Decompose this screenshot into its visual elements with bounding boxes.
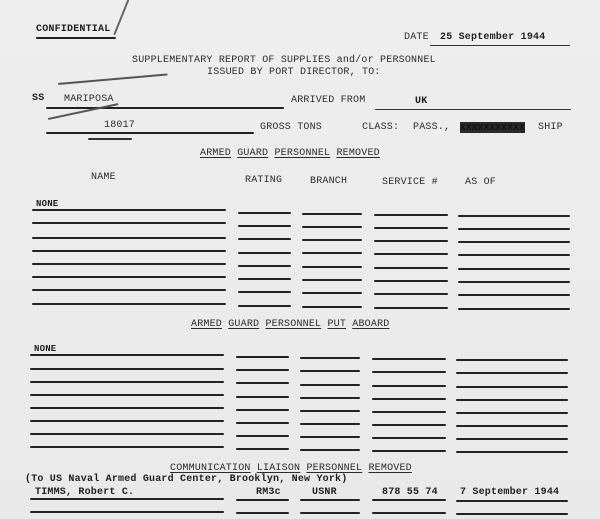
col-header-as-of: AS OF bbox=[465, 177, 496, 188]
pencil-mark bbox=[88, 138, 132, 140]
row-line bbox=[302, 252, 362, 254]
heading-word: ARMED bbox=[191, 319, 222, 330]
row-line bbox=[458, 215, 570, 217]
arrived-from-underline bbox=[375, 109, 571, 110]
row-line bbox=[30, 354, 224, 356]
removed-first-entry: NONE bbox=[36, 199, 58, 209]
ship-name: MARIPOSA bbox=[64, 94, 114, 105]
row-line bbox=[32, 263, 226, 265]
row-line bbox=[300, 423, 360, 425]
pencil-mark bbox=[58, 73, 168, 85]
date-value: 25 September 1944 bbox=[440, 32, 545, 43]
heading-word: ARMED bbox=[200, 148, 231, 159]
date-label: DATE bbox=[404, 32, 429, 43]
row-line bbox=[300, 436, 360, 438]
heading-word: GUARD bbox=[237, 148, 268, 159]
row-line bbox=[236, 396, 289, 398]
row-line bbox=[456, 399, 568, 401]
row-line bbox=[30, 368, 224, 370]
pencil-mark bbox=[113, 0, 129, 35]
gross-tons-value: 18017 bbox=[104, 120, 135, 131]
row-line bbox=[238, 252, 291, 254]
row-line bbox=[32, 289, 226, 291]
heading-word: PERSONNEL bbox=[274, 148, 330, 159]
comm-name: TIMMS, Robert C. bbox=[35, 487, 134, 498]
row-line bbox=[456, 425, 568, 427]
row-line bbox=[302, 226, 362, 228]
heading-word: ABOARD bbox=[352, 319, 389, 330]
row-line bbox=[456, 451, 568, 453]
section-put-aboard-title: ARMED GUARD PERSONNEL PUT ABOARD bbox=[191, 319, 389, 330]
row-line bbox=[456, 359, 568, 361]
row-line bbox=[374, 214, 448, 216]
pencil-mark bbox=[48, 103, 119, 120]
row-line bbox=[238, 238, 291, 240]
heading-word: GUARD bbox=[228, 319, 259, 330]
row-line bbox=[374, 253, 448, 255]
row-line bbox=[236, 435, 289, 437]
report-title-line2: ISSUED BY PORT DIRECTOR, TO: bbox=[207, 67, 381, 78]
date-underline bbox=[430, 45, 570, 46]
arrived-from-value: UK bbox=[415, 96, 427, 107]
gross-tons-label: GROSS TONS bbox=[260, 122, 322, 133]
row-line bbox=[456, 372, 568, 374]
ship-prefix: SS bbox=[32, 93, 44, 104]
put-aboard-first-entry: NONE bbox=[34, 344, 56, 354]
row-line bbox=[236, 356, 289, 358]
class-struck-text: XXXXXXXXXXX bbox=[460, 122, 525, 133]
row-line bbox=[300, 370, 360, 372]
row-line bbox=[300, 449, 360, 451]
row-line bbox=[32, 276, 226, 278]
row-line bbox=[372, 437, 446, 439]
row-line bbox=[456, 438, 568, 440]
document-page: CONFIDENTIAL DATE 25 September 1944 SUPP… bbox=[0, 0, 600, 519]
row-line bbox=[30, 498, 224, 500]
row-line bbox=[236, 499, 289, 501]
comm-as-of: 7 September 1944 bbox=[460, 487, 559, 498]
ship-name-underline bbox=[46, 107, 284, 109]
heading-word: PERSONNEL bbox=[265, 319, 321, 330]
row-line bbox=[236, 382, 289, 384]
row-line bbox=[238, 212, 291, 214]
section-comm-subtitle: (To US Naval Armed Guard Center, Brookly… bbox=[25, 474, 347, 485]
row-line bbox=[374, 267, 448, 269]
row-line bbox=[32, 237, 226, 239]
row-line bbox=[372, 450, 446, 452]
heading-word: REMOVED bbox=[336, 148, 379, 159]
row-line bbox=[30, 433, 224, 435]
comm-rating: RM3c bbox=[256, 487, 281, 498]
heading-word: PERSONNEL bbox=[306, 463, 362, 474]
row-line bbox=[458, 241, 570, 243]
row-line bbox=[236, 448, 289, 450]
row-line bbox=[30, 394, 224, 396]
report-title-line1: SUPPLEMENTARY REPORT OF SUPPLIES and/or … bbox=[132, 55, 436, 66]
heading-word: COMMUNICATION bbox=[170, 463, 251, 474]
row-line bbox=[300, 357, 360, 359]
row-line bbox=[374, 307, 448, 309]
row-line bbox=[30, 446, 224, 448]
heading-word: REMOVED bbox=[368, 463, 411, 474]
row-line bbox=[300, 410, 360, 412]
heading-word: PUT bbox=[327, 319, 346, 330]
row-line bbox=[236, 512, 289, 514]
row-line bbox=[238, 225, 291, 227]
row-line bbox=[372, 411, 446, 413]
col-header-branch: BRANCH bbox=[310, 176, 347, 187]
class-label: CLASS: bbox=[362, 122, 399, 133]
row-line bbox=[458, 268, 570, 270]
row-line bbox=[30, 420, 224, 422]
row-line bbox=[32, 303, 226, 305]
row-line bbox=[372, 385, 446, 387]
row-line bbox=[302, 292, 362, 294]
row-line bbox=[372, 512, 446, 514]
row-line bbox=[32, 250, 226, 252]
row-line bbox=[372, 371, 446, 373]
row-line bbox=[236, 422, 289, 424]
row-line bbox=[236, 369, 289, 371]
comm-branch: USNR bbox=[312, 487, 337, 498]
row-line bbox=[302, 306, 362, 308]
row-line bbox=[374, 227, 448, 229]
row-line bbox=[372, 499, 446, 501]
class-value: PASS., bbox=[413, 122, 450, 133]
row-line bbox=[372, 424, 446, 426]
row-line bbox=[456, 386, 568, 388]
heading-word: LIAISON bbox=[257, 463, 300, 474]
row-line bbox=[374, 280, 448, 282]
col-header-name: NAME bbox=[91, 172, 116, 183]
col-header-rating: RATING bbox=[245, 175, 282, 186]
row-line bbox=[458, 308, 570, 310]
row-line bbox=[300, 499, 360, 501]
gross-tons-underline bbox=[46, 132, 254, 134]
row-line bbox=[456, 500, 568, 502]
row-line bbox=[238, 265, 291, 267]
row-line bbox=[374, 240, 448, 242]
arrived-from-label: ARRIVED FROM bbox=[291, 95, 365, 106]
row-line bbox=[456, 513, 568, 515]
col-header-service: SERVICE # bbox=[382, 177, 438, 188]
comm-service-no: 878 55 74 bbox=[382, 487, 438, 498]
row-line bbox=[302, 213, 362, 215]
row-line bbox=[302, 239, 362, 241]
row-line bbox=[32, 209, 226, 211]
row-line bbox=[236, 409, 289, 411]
row-line bbox=[372, 398, 446, 400]
row-line bbox=[300, 384, 360, 386]
section-comm-title: COMMUNICATION LIAISON PERSONNEL REMOVED bbox=[170, 463, 412, 474]
row-line bbox=[458, 281, 570, 283]
row-line bbox=[458, 294, 570, 296]
classification-label: CONFIDENTIAL bbox=[36, 24, 110, 35]
row-line bbox=[30, 511, 224, 513]
row-line bbox=[300, 397, 360, 399]
row-line bbox=[458, 228, 570, 230]
row-line bbox=[30, 407, 224, 409]
classification-underline bbox=[36, 37, 116, 39]
class-suffix: SHIP bbox=[538, 122, 563, 133]
section-removed-title: ARMED GUARD PERSONNEL REMOVED bbox=[200, 148, 380, 159]
row-line bbox=[238, 305, 291, 307]
row-line bbox=[302, 279, 362, 281]
row-line bbox=[456, 412, 568, 414]
row-line bbox=[300, 512, 360, 514]
row-line bbox=[30, 381, 224, 383]
row-line bbox=[302, 266, 362, 268]
row-line bbox=[32, 222, 226, 224]
row-line bbox=[458, 254, 570, 256]
row-line bbox=[238, 291, 291, 293]
row-line bbox=[238, 278, 291, 280]
row-line bbox=[372, 358, 446, 360]
row-line bbox=[374, 293, 448, 295]
